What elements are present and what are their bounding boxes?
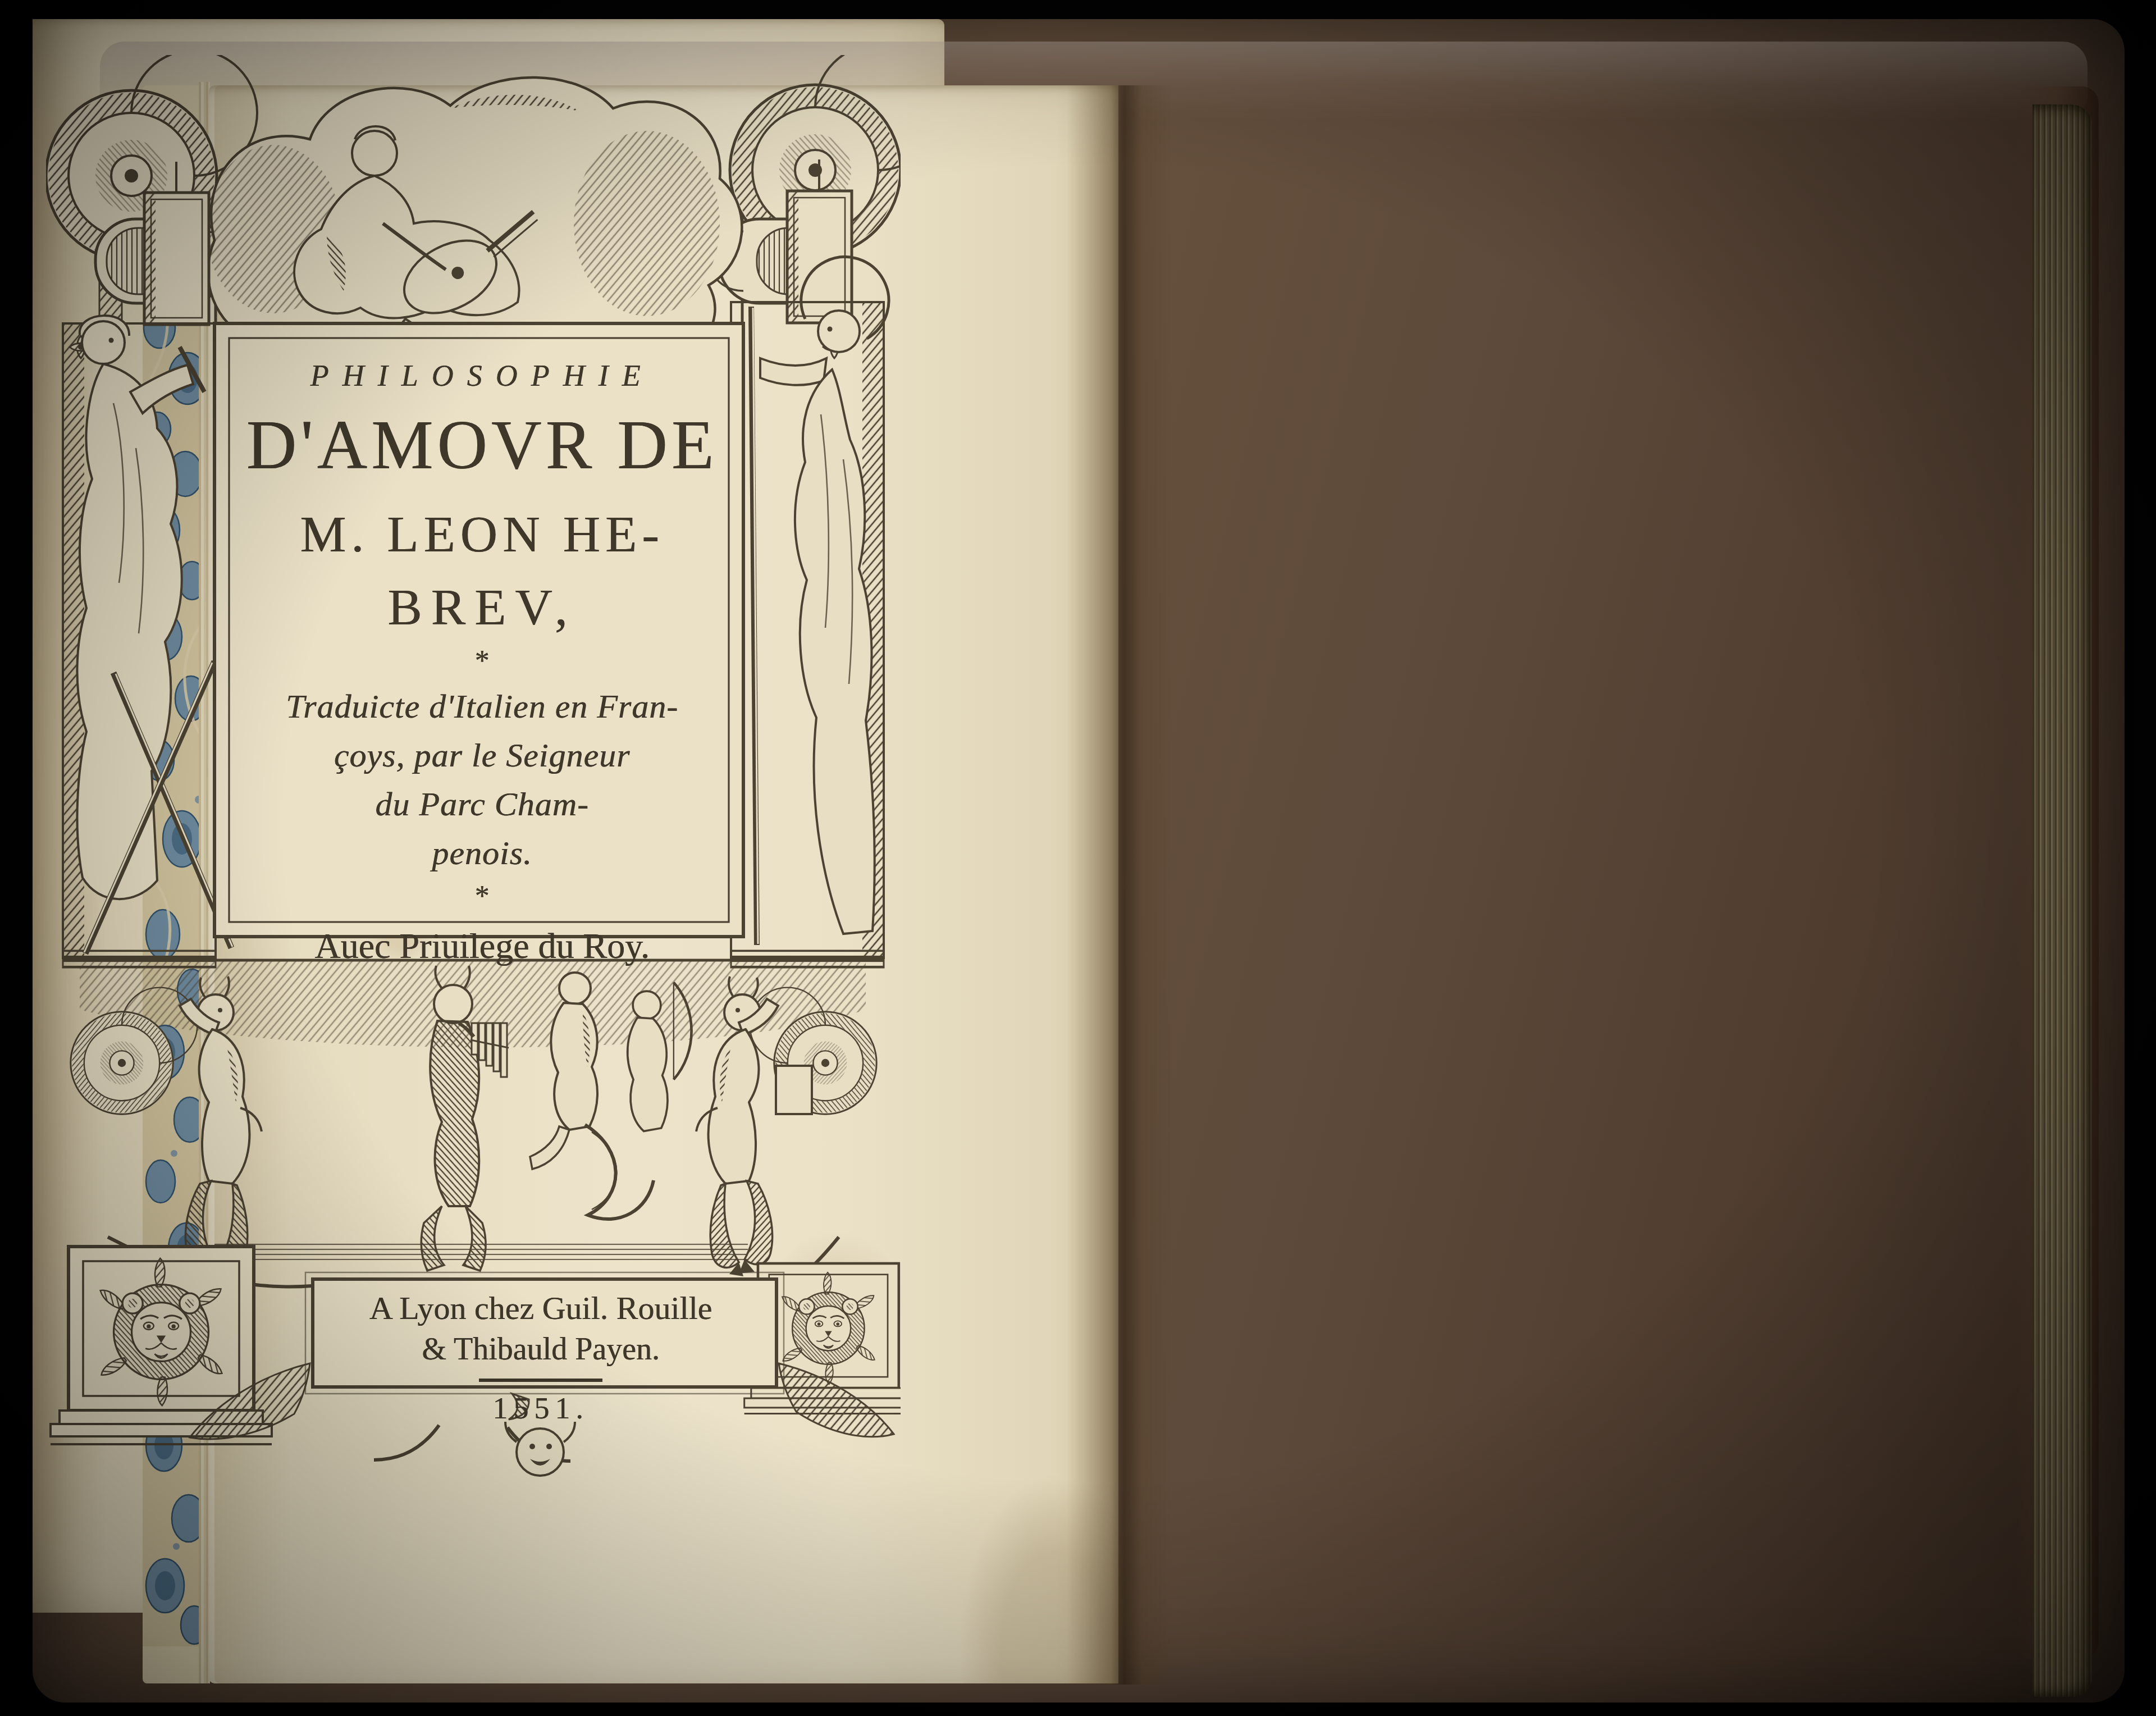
privilege-statement: Auec Priuilege du Roy. — [228, 925, 736, 967]
imprint-rule — [479, 1379, 602, 1382]
title-line-1: D'AMOVR DE — [228, 405, 736, 485]
subtitle-line-1: Traduicte d'Italien en Fran- — [228, 682, 736, 731]
imprint-date: 1551. — [316, 1391, 765, 1426]
title-text-block: PHILOSOPHIE D'AMOVR DE M. LEON HE- BREV,… — [228, 327, 736, 933]
imprint-block: A Lyon chez Guil. Rouille & Thibauld Pay… — [316, 1284, 765, 1426]
imprint-line-2: & Thibauld Payen. — [316, 1331, 765, 1367]
subtitle-line-3: du Parc Cham- — [228, 780, 736, 829]
series-title: PHILOSOPHIE — [228, 358, 736, 393]
subtitle-line-4: penois. — [228, 829, 736, 878]
book-binding: PHILOSOPHIE D'AMOVR DE M. LEON HE- BREV,… — [33, 19, 2125, 1703]
title-line-3: BREV, — [228, 577, 736, 637]
page-fore-edge — [2032, 104, 2092, 1697]
title-line-2: M. LEON HE- — [228, 504, 736, 564]
asterisk-ornament-bottom: * — [228, 880, 736, 913]
asterisk-ornament-top: * — [228, 645, 736, 678]
grotesque-mask — [505, 1422, 575, 1476]
ribbon — [585, 1125, 654, 1219]
satyr-and-putti-scene — [63, 960, 884, 1286]
imprint-line-1: A Lyon chez Guil. Rouille — [316, 1289, 765, 1327]
subtitle-line-2: çoys, par le Seigneur — [228, 731, 736, 780]
photo-background: PHILOSOPHIE D'AMOVR DE M. LEON HE- BREV,… — [0, 0, 2156, 1716]
title-page: PHILOSOPHIE D'AMOVR DE M. LEON HE- BREV,… — [33, 19, 944, 1613]
